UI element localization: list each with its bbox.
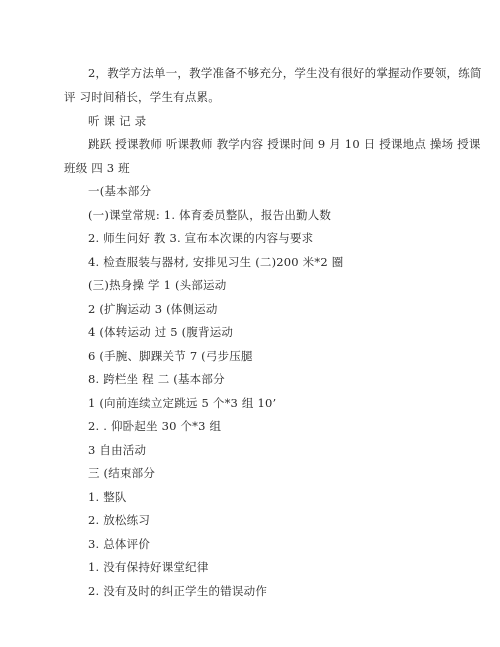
text-line-23: 2. 没有及时的纠正学生的错误动作 xyxy=(88,584,267,598)
section-heading-basic: 一(基本部分 xyxy=(88,184,151,198)
text-line-15: 1 (向前连续立定跳远 5 个*3 组 10’ xyxy=(88,396,276,410)
section-heading-ending: 三 (结束部分 xyxy=(88,466,155,480)
document-page: 2，教学方法单一，教学准备不够充分，学生没有很好的掌握动作要领，练简 评 习时间… xyxy=(0,0,500,647)
text-line-10: (三)热身操 学 1 (头部运动 xyxy=(88,278,226,292)
section-title-listening-record: 听 课 记 录 xyxy=(88,114,146,128)
text-line-9: 4. 检查服装与器材, 安排见习生 (二)200 米*2 圈 xyxy=(88,255,343,269)
text-line-7: (一)课堂常规: 1. 体育委员整队，报告出勤人数 xyxy=(88,208,331,222)
text-line-16: 2. . 仰卧起坐 30 个*3 组 xyxy=(88,419,221,433)
text-line-19: 1. 整队 xyxy=(88,490,127,504)
text-line-21: 3. 总体评价 xyxy=(88,537,150,551)
text-line-22: 1. 没有保持好课堂纪律 xyxy=(88,560,209,574)
text-line-13: 6 (手腕、脚踝关节 7 (弓步压腿 xyxy=(88,349,253,363)
text-line-20: 2. 放松练习 xyxy=(88,513,150,527)
text-line-2: 评 习时间稍长，学生有点累。 xyxy=(64,90,220,104)
text-line-1: 2，教学方法单一，教学准备不够充分，学生没有很好的掌握动作要领，练简 xyxy=(88,66,482,80)
text-line-8: 2. 师生问好 教 3. 宣布本次课的内容与要求 xyxy=(88,231,313,245)
text-line-14: 8. 跨栏坐 程 二 (基本部分 xyxy=(88,372,225,386)
text-line-17: 3 自由活动 xyxy=(88,443,146,457)
text-line-12: 4 (体转运动 过 5 (腹背运动 xyxy=(88,325,233,339)
text-line-11: 2 (扩胸运动 3 (体侧运动 xyxy=(88,302,218,316)
text-line-4: 跳跃 授课教师 听课教师 教学内容 授课时间 9 月 10 日 授课地点 操场 … xyxy=(88,137,481,151)
text-line-5: 班级 四 3 班 xyxy=(64,161,130,175)
